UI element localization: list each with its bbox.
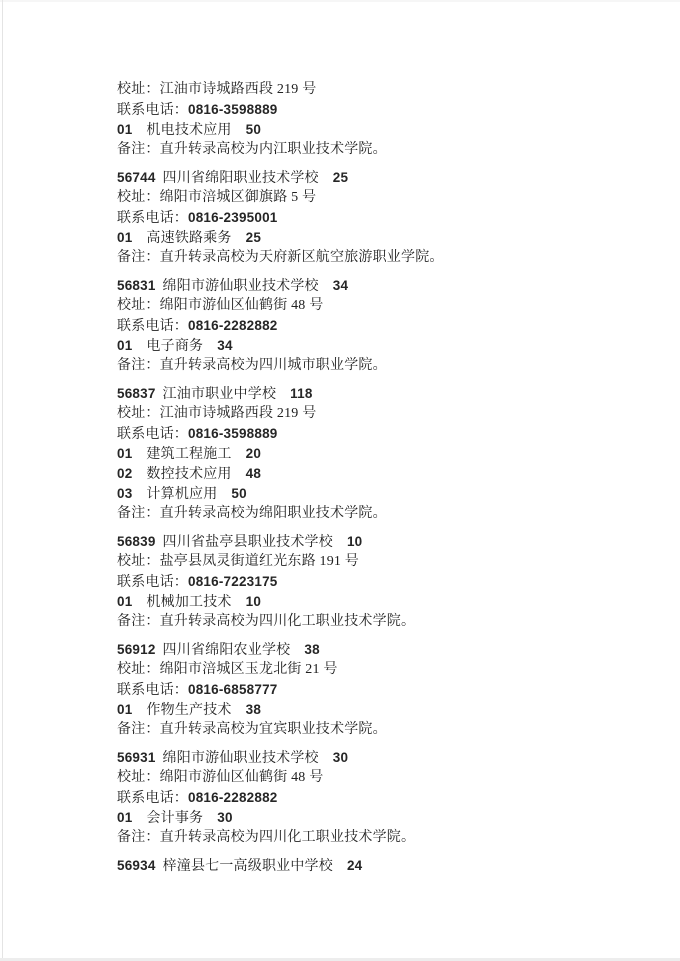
school-name: 绵阳市游仙职业技术学校 (163, 279, 319, 294)
major-number: 02 (117, 466, 132, 481)
note-label: 备注： (117, 722, 160, 737)
note-label: 备注： (117, 358, 160, 373)
school-phone-line: 联系电话：0816-6858777 (117, 680, 640, 700)
major-quota: 20 (246, 446, 261, 461)
major-quota: 30 (217, 810, 232, 825)
major-name: 高速铁路乘务 (146, 231, 231, 246)
school-block: 56912四川省绵阳农业学校38校址：绵阳市涪城区玉龙北街 21 号联系电话：0… (117, 640, 640, 740)
school-address-line: 校址：江油市诗城路西段 219 号 (117, 404, 640, 424)
phone-value: 0816-2282882 (188, 318, 277, 333)
major-quota: 38 (246, 702, 261, 717)
school-block: 校址：江油市诗城路西段 219 号联系电话：0816-359888901机电技术… (117, 80, 640, 160)
major-number: 01 (117, 122, 132, 137)
major-number: 01 (117, 230, 132, 245)
address-label: 校址： (117, 82, 160, 97)
phone-label: 联系电话： (117, 427, 188, 442)
school-address-line: 校址：绵阳市游仙区仙鹤街 48 号 (117, 296, 640, 316)
school-code: 56837 (117, 386, 156, 401)
major-quota: 34 (217, 338, 232, 353)
major-line: 03计算机应用50 (117, 484, 640, 504)
school-phone-line: 联系电话：0816-3598889 (117, 424, 640, 444)
address-value: 绵阳市游仙区仙鹤街 48 号 (160, 298, 324, 313)
major-line: 01会计事务30 (117, 808, 640, 828)
school-note-line: 备注：直升转录高校为四川化工职业技术学院。 (117, 828, 640, 848)
note-value: 直升转录高校为四川城市职业学院。 (160, 358, 387, 373)
school-code: 56931 (117, 750, 156, 765)
school-quota: 24 (347, 858, 362, 873)
school-header-line: 56831绵阳市游仙职业技术学校34 (117, 276, 640, 296)
school-phone-line: 联系电话：0816-7223175 (117, 572, 640, 592)
school-block: 56744四川省绵阳职业技术学校25校址：绵阳市涪城区御旗路 5 号联系电话：0… (117, 168, 640, 268)
school-code: 56744 (117, 170, 156, 185)
school-quota: 30 (333, 750, 348, 765)
major-number: 03 (117, 486, 132, 501)
school-note-line: 备注：直升转录高校为天府新区航空旅游职业学院。 (117, 248, 640, 268)
school-quota: 25 (333, 170, 348, 185)
school-phone-line: 联系电话：0816-3598889 (117, 100, 640, 120)
phone-label: 联系电话： (117, 791, 188, 806)
major-quota: 48 (246, 466, 261, 481)
school-code: 56831 (117, 278, 156, 293)
major-line: 01高速铁路乘务25 (117, 228, 640, 248)
note-value: 直升转录高校为宜宾职业技术学院。 (160, 722, 387, 737)
phone-label: 联系电话： (117, 683, 188, 698)
phone-value: 0816-2395001 (188, 210, 277, 225)
note-label: 备注： (117, 142, 160, 157)
address-value: 绵阳市涪城区玉龙北街 21 号 (160, 662, 338, 677)
phone-label: 联系电话： (117, 319, 188, 334)
school-header-line: 56839四川省盐亭县职业技术学校10 (117, 532, 640, 552)
note-value: 直升转录高校为天府新区航空旅游职业学院。 (160, 250, 444, 265)
note-label: 备注： (117, 250, 160, 265)
note-value: 直升转录高校为绵阳职业技术学院。 (160, 506, 387, 521)
page-top-edge (0, 0, 680, 2)
school-code: 56839 (117, 534, 156, 549)
school-phone-line: 联系电话：0816-2282882 (117, 788, 640, 808)
school-note-line: 备注：直升转录高校为绵阳职业技术学院。 (117, 504, 640, 524)
school-name: 四川省绵阳农业学校 (163, 643, 291, 658)
address-value: 江油市诗城路西段 219 号 (160, 406, 317, 421)
phone-value: 0816-3598889 (188, 426, 277, 441)
major-number: 01 (117, 446, 132, 461)
school-address-line: 校址：绵阳市涪城区玉龙北街 21 号 (117, 660, 640, 680)
phone-value: 0816-6858777 (188, 682, 277, 697)
major-line: 02数控技术应用48 (117, 464, 640, 484)
major-name: 机电技术应用 (146, 123, 231, 138)
phone-label: 联系电话： (117, 103, 188, 118)
school-address-line: 校址：盐亭县凤灵街道红光东路 191 号 (117, 552, 640, 572)
school-quota: 34 (333, 278, 348, 293)
phone-value: 0816-7223175 (188, 574, 277, 589)
school-quota: 38 (304, 642, 319, 657)
school-header-line: 56912四川省绵阳农业学校38 (117, 640, 640, 660)
school-note-line: 备注：直升转录高校为内江职业技术学院。 (117, 140, 640, 160)
major-line: 01建筑工程施工20 (117, 444, 640, 464)
major-line: 01作物生产技术38 (117, 700, 640, 720)
school-quota: 10 (347, 534, 362, 549)
address-label: 校址： (117, 298, 160, 313)
school-name: 江油市职业中学校 (163, 387, 277, 402)
school-name: 四川省绵阳职业技术学校 (163, 171, 319, 186)
address-value: 盐亭县凤灵街道红光东路 191 号 (160, 554, 359, 569)
school-name: 四川省盐亭县职业技术学校 (163, 535, 333, 550)
note-value: 直升转录高校为四川化工职业技术学院。 (160, 614, 416, 629)
major-quota: 25 (246, 230, 261, 245)
phone-label: 联系电话： (117, 211, 188, 226)
note-label: 备注： (117, 614, 160, 629)
major-quota: 50 (246, 122, 261, 137)
major-quota: 10 (246, 594, 261, 609)
phone-value: 0816-3598889 (188, 102, 277, 117)
address-label: 校址： (117, 770, 160, 785)
phone-label: 联系电话： (117, 575, 188, 590)
major-name: 计算机应用 (146, 487, 217, 502)
school-phone-line: 联系电话：0816-2395001 (117, 208, 640, 228)
school-header-line: 56744四川省绵阳职业技术学校25 (117, 168, 640, 188)
page-left-edge (2, 0, 3, 961)
school-note-line: 备注：直升转录高校为四川化工职业技术学院。 (117, 612, 640, 632)
address-label: 校址： (117, 190, 160, 205)
school-block: 56934梓潼县七一高级职业中学校24 (117, 856, 640, 876)
school-header-line: 56931绵阳市游仙职业技术学校30 (117, 748, 640, 768)
school-note-line: 备注：直升转录高校为四川城市职业学院。 (117, 356, 640, 376)
major-name: 机械加工技术 (146, 595, 231, 610)
note-label: 备注： (117, 506, 160, 521)
school-name: 绵阳市游仙职业技术学校 (163, 751, 319, 766)
note-label: 备注： (117, 830, 160, 845)
school-block: 56931绵阳市游仙职业技术学校30校址：绵阳市游仙区仙鹤街 48 号联系电话：… (117, 748, 640, 848)
school-code: 56934 (117, 858, 156, 873)
major-name: 建筑工程施工 (146, 447, 231, 462)
major-line: 01电子商务34 (117, 336, 640, 356)
major-number: 01 (117, 810, 132, 825)
school-block: 56837江油市职业中学校118校址：江油市诗城路西段 219 号联系电话：08… (117, 384, 640, 524)
major-number: 01 (117, 702, 132, 717)
school-address-line: 校址：绵阳市涪城区御旗路 5 号 (117, 188, 640, 208)
major-name: 电子商务 (146, 339, 203, 354)
school-header-line: 56934梓潼县七一高级职业中学校24 (117, 856, 640, 876)
major-number: 01 (117, 338, 132, 353)
major-line: 01机电技术应用50 (117, 120, 640, 140)
address-label: 校址： (117, 662, 160, 677)
school-quota: 118 (290, 386, 312, 401)
address-label: 校址： (117, 406, 160, 421)
address-value: 绵阳市涪城区御旗路 5 号 (160, 190, 317, 205)
address-label: 校址： (117, 554, 160, 569)
school-address-line: 校址：江油市诗城路西段 219 号 (117, 80, 640, 100)
school-header-line: 56837江油市职业中学校118 (117, 384, 640, 404)
major-number: 01 (117, 594, 132, 609)
address-value: 江油市诗城路西段 219 号 (160, 82, 317, 97)
school-name: 梓潼县七一高级职业中学校 (163, 859, 333, 874)
school-phone-line: 联系电话：0816-2282882 (117, 316, 640, 336)
major-name: 数控技术应用 (146, 467, 231, 482)
major-quota: 50 (231, 486, 246, 501)
address-value: 绵阳市游仙区仙鹤街 48 号 (160, 770, 324, 785)
major-name: 会计事务 (146, 811, 203, 826)
school-code: 56912 (117, 642, 156, 657)
phone-value: 0816-2282882 (188, 790, 277, 805)
document-page: 校址：江油市诗城路西段 219 号联系电话：0816-359888901机电技术… (117, 80, 640, 884)
school-note-line: 备注：直升转录高校为宜宾职业技术学院。 (117, 720, 640, 740)
major-line: 01机械加工技术10 (117, 592, 640, 612)
note-value: 直升转录高校为四川化工职业技术学院。 (160, 830, 416, 845)
major-name: 作物生产技术 (146, 703, 231, 718)
school-address-line: 校址：绵阳市游仙区仙鹤街 48 号 (117, 768, 640, 788)
school-block: 56839四川省盐亭县职业技术学校10校址：盐亭县凤灵街道红光东路 191 号联… (117, 532, 640, 632)
note-value: 直升转录高校为内江职业技术学院。 (160, 142, 387, 157)
school-block: 56831绵阳市游仙职业技术学校34校址：绵阳市游仙区仙鹤街 48 号联系电话：… (117, 276, 640, 376)
